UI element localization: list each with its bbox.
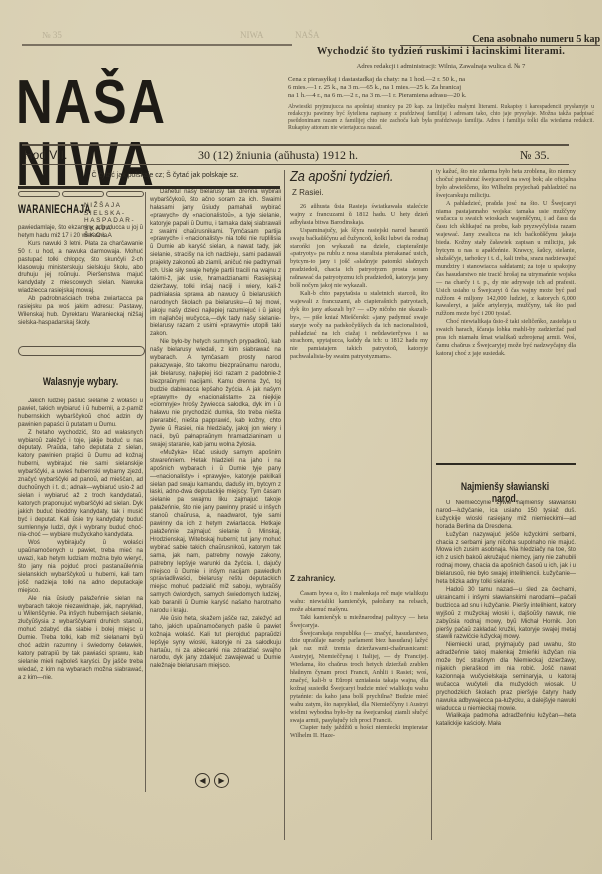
news-paragraph: Choć niewialikaja ŭsio-ž taki sieličeńko…	[436, 318, 576, 358]
left-arrow-ornament-icon: ◀	[195, 773, 210, 788]
subsection-title-abroad: Z zahranicy.	[290, 574, 336, 583]
info-block: Wychodzić što tydzień ruskimi i łacinski…	[288, 46, 594, 132]
column-divider	[284, 170, 285, 840]
article-paragraph: Ale nia ŭsiudy pałažeńnie sielan na wyba…	[18, 596, 143, 683]
article-paragraph: Woś wybirajučy ŭ wołaści upaŭnamočenych …	[18, 540, 143, 595]
article-paragraph: Wialikaja padmoha adradžeńniu łužyčan—he…	[436, 713, 576, 729]
subscription-line: Cena z pierasyłkaj i dastastadkaj da cha…	[288, 76, 594, 84]
news-paragraph: A pahladzieć, praŭda josć na što. U Šwej…	[436, 200, 576, 319]
news-paragraph: Šwejcarskaja respublika (— značyć, hasud…	[290, 630, 428, 725]
article-paragraph: «Mužyka» ličać usiudy samym apošnim stwa…	[150, 450, 281, 616]
subscription-prices: Cena z pierasyłkaj i dastastadkaj da cha…	[288, 76, 594, 100]
ad-announcement: pawiedamlaje, što ekzaminy adbuducca u j…	[18, 225, 143, 328]
section-title-last-week: Za apošni tydzień.	[290, 168, 393, 185]
ghost-issue-number: № 35	[42, 30, 62, 40]
article-paragraph: Hadoŭ 30 tamu nazad—u śled za čechami, u…	[436, 587, 576, 642]
column-divider	[145, 192, 146, 792]
ad-school-name: WARANIECHAJA	[18, 202, 91, 216]
publication-schedule: Wychodzić što tydzień ruskimi i łacinski…	[288, 46, 594, 57]
subsection-title-russia: Z Rasiei.	[292, 188, 324, 197]
news-continuation: ty kažuć, što nie zdarma było heta zrobl…	[436, 168, 576, 458]
advertising-notice: Abwiestki pryjmujucca na apošniaj strani…	[288, 104, 594, 132]
ad-paragraph: Kurs nawuki 3 letni. Płata za charčawani…	[18, 241, 143, 296]
article-paragraph: Dahetul našy bielarusy tak drenna wybira…	[150, 189, 281, 339]
ghost-title: NIWA	[240, 30, 264, 40]
article-own-elections: Jakich ludziej pašluć sielanie z wołaści…	[18, 398, 143, 723]
ghost-title-right: NAŠA	[295, 30, 320, 40]
article-paragraph: Ale ŭsio heta, skažem jašče raz, zaležyć…	[150, 616, 281, 671]
news-paragraph: Časam bywa o, što i małenkaja reč maje w…	[290, 590, 428, 614]
top-rule	[22, 44, 292, 46]
subscription-line: na 1 h.—4 r., na 6 m.—2 r., na 3 m.—1 r.…	[288, 92, 594, 100]
article-paragraph: U Niemieččynie žywie najmienšy sławiansk…	[436, 500, 576, 532]
news-abroad: Časam bywa o, što i małenkaja reč maje w…	[290, 590, 428, 790]
news-paragraph: 26 aŭhusta ŭsia Rasieja światkawała stal…	[290, 203, 428, 227]
news-paragraph: Ciapier tudy jaždžiŭ u hości niemiecki i…	[290, 724, 428, 740]
article-smallest-slavic-nation: U Niemieččynie žywie najmienšy sławiansk…	[436, 500, 576, 806]
article-paragraph: Nie było-by hetych sumnych prypadkoŭ, ka…	[150, 339, 281, 450]
end-ornament: ◀ ▶	[195, 770, 229, 788]
dateline-top-rule	[22, 144, 569, 146]
ornament	[62, 191, 104, 197]
ornament	[18, 346, 145, 356]
section-rule	[436, 463, 576, 465]
ad-paragraph: Ab padrobnaściach treba zwiartacca pa ra…	[18, 296, 143, 328]
news-paragraph: Taki kamienčyk u miežnarodnaj palitycy —…	[290, 614, 428, 630]
article-continuation: Dahetul našy bielarusy tak drenna wybira…	[150, 189, 281, 767]
editorial-address: Adres redakcji i administracji: Wilnia, …	[288, 63, 594, 71]
article-paragraph: Jakich ludziej pašluć sielanie z wołaści…	[18, 398, 143, 430]
article-paragraph: Łužyčan nazywajuć ješče łužyckimi serbam…	[436, 532, 576, 587]
right-arrow-ornament-icon: ▶	[214, 773, 229, 788]
pronunciation-notice: Č čytać jak polskaje cz; Š čytać jak pol…	[45, 172, 285, 179]
dateline-bottom-rule	[22, 164, 569, 165]
volume-year: Hod VII.	[24, 148, 67, 162]
issue-number: № 35.	[520, 148, 549, 163]
article-paragraph: Niemiecki urad, pryjmajučy pad uwahu, št…	[436, 642, 576, 713]
news-paragraph: Uspaminajučy, jak ščyra rasiejski narod …	[290, 227, 428, 290]
article-paragraph: Z hetaho wychodzić, što ad wałasnych wyb…	[18, 430, 143, 541]
ad-paragraph: pawiedamlaje, što ekzaminy adbuducca u j…	[18, 225, 143, 241]
news-russia: 26 aŭhusta ŭsia Rasieja światkawała stal…	[290, 203, 428, 361]
column-divider	[431, 170, 432, 840]
article-title-own-elections: Walasnyje wybary.	[32, 376, 130, 388]
issue-price: Cena asobnaho numeru 5 kap	[400, 34, 600, 45]
ornament	[106, 191, 144, 197]
issue-date: 30 (12) žniunia (aŭhusta) 1912 h.	[198, 148, 358, 163]
news-paragraph: ty kažuć, što nie zdarma było heta zrobl…	[436, 168, 576, 200]
ornament	[18, 191, 60, 197]
news-paragraph: Kali-b chto papytaŭsia u staletnich star…	[290, 290, 428, 361]
subscription-line: 6 mies.—1 r. 25 k., na 3 m.—65 k., na 1 …	[288, 84, 594, 92]
